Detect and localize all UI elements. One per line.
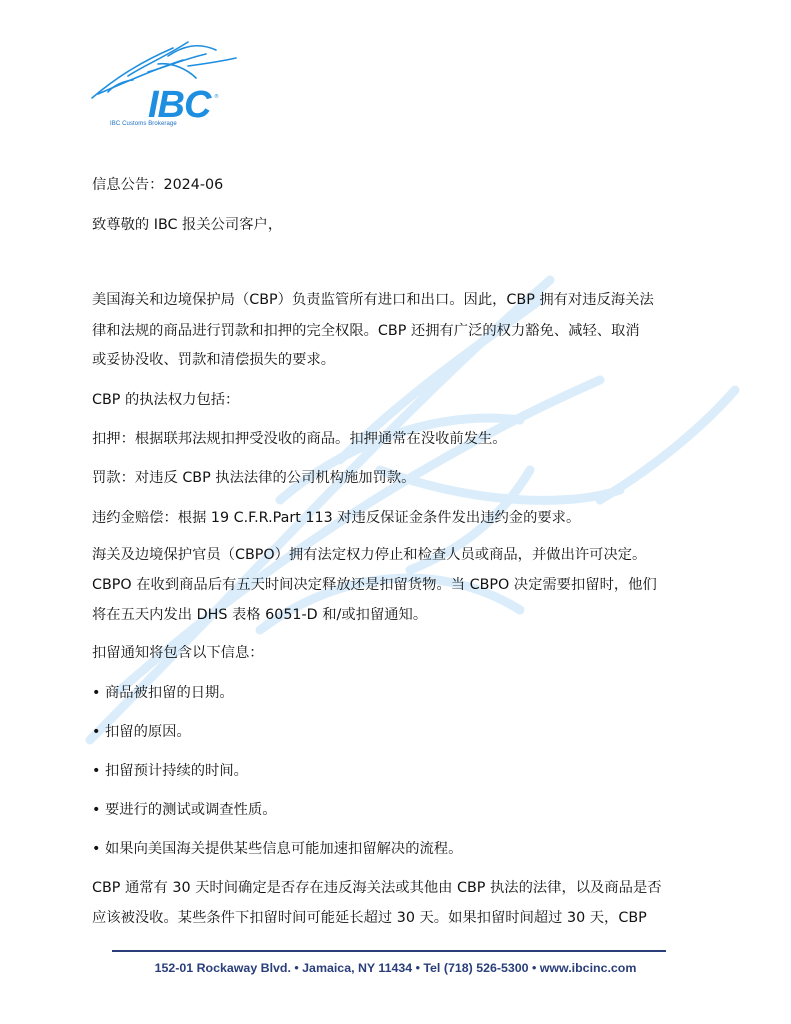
notice-item: • 要进行的测试或调查性质。 bbox=[92, 796, 277, 824]
logo-subtitle: IBC Customs Brokerage bbox=[110, 121, 177, 127]
power-item: 罚款：对违反 CBP 执法法律的公司机构施加罚款。 bbox=[92, 464, 415, 492]
bulletin-title: 信息公告：2024-06 bbox=[92, 171, 223, 199]
registered-mark: ® bbox=[214, 94, 219, 100]
footer-divider bbox=[112, 950, 666, 952]
notice-item: • 扣留的原因。 bbox=[92, 718, 191, 746]
cbpo-line: CBPO 在收到商品后有五天时间决定释放还是扣留货物。当 CBPO 决定需要扣留… bbox=[92, 571, 657, 599]
notice-item: • 商品被扣留的日期。 bbox=[92, 679, 234, 707]
power-item: 扣押：根据联邦法规扣押受没收的商品。扣押通常在没收前发生。 bbox=[92, 425, 507, 453]
notice-item: • 扣留预计持续的时间。 bbox=[92, 757, 248, 785]
powers-heading: CBP 的执法权力包括： bbox=[92, 386, 239, 414]
intro-line: 或妥协没收、罚款和清偿损失的要求。 bbox=[92, 346, 335, 374]
footer-address: 152-01 Rockaway Blvd. • Jamaica, NY 1143… bbox=[0, 961, 791, 975]
intro-line: 律和法规的商品进行罚款和扣押的完全权限。CBP 还拥有广泛的权力豁免、减轻、取消 bbox=[92, 317, 640, 345]
cbpo-line: 将在五天内发出 DHS 表格 6051-D 和/或扣留通知。 bbox=[92, 601, 427, 629]
power-item: 违约金赔偿：根据 19 C.F.R.Part 113 对违反保证金条件发出违约金… bbox=[92, 504, 580, 532]
intro-line: 美国海关和边境保护局（CBP）负责监管所有进口和出口。因此，CBP 拥有对违反海… bbox=[92, 286, 654, 314]
cbpo-line: 海关及边境保护官员（CBPO）拥有法定权力停止和检查人员或商品，并做出许可决定。 bbox=[92, 541, 646, 569]
notice-item: • 如果向美国海关提供某些信息可能加速扣留解决的流程。 bbox=[92, 835, 462, 863]
salutation: 致尊敬的 IBC 报关公司客户， bbox=[92, 211, 282, 239]
closing-line: CBP 通常有 30 天时间确定是否存在违反海关法或其他由 CBP 执法的法律，… bbox=[92, 874, 662, 902]
notice-heading: 扣留通知将包含以下信息： bbox=[92, 639, 264, 667]
closing-line: 应该被没收。某些条件下扣留时间可能延长超过 30 天。如果扣留时间超过 30 天… bbox=[92, 904, 647, 932]
